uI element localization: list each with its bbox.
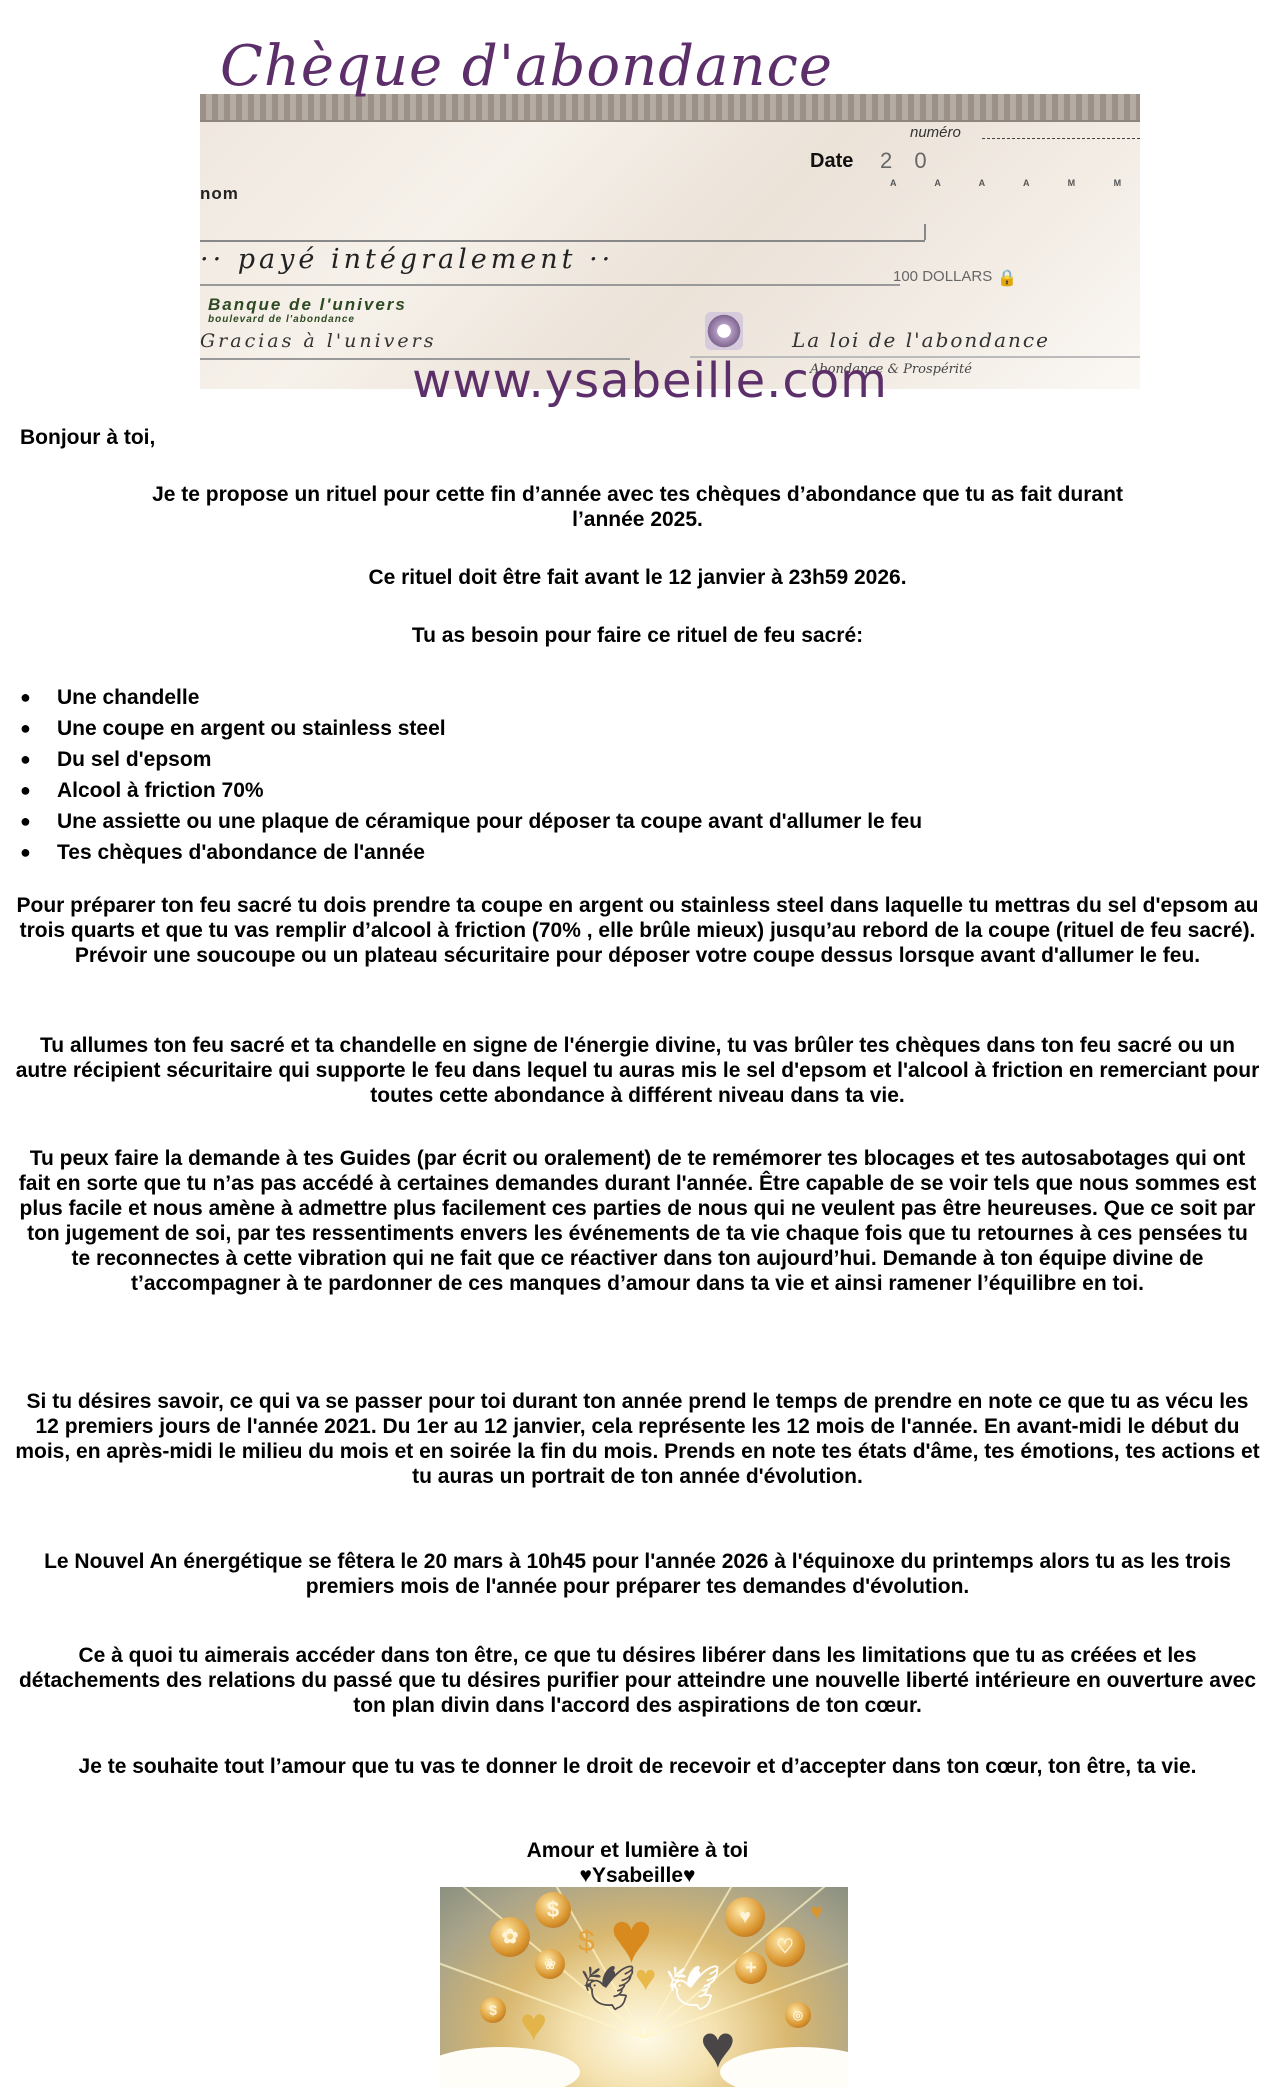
cheque-name-label: nom [200, 184, 239, 204]
cheque-signature-left: Gracias à l'univers [200, 330, 436, 352]
cheque-date-value: 2 0 [880, 148, 935, 174]
white-dove-icon: 🕊 [665, 1962, 721, 2014]
heart-icon: ♥ [810, 1899, 823, 1925]
list-item: ●Une chandelle [20, 682, 922, 713]
aspirations-paragraph: Ce à quoi tu aimerais accéder dans ton ê… [15, 1643, 1260, 1718]
glitter-heart-icon: ♥ [520, 1997, 547, 2051]
list-item: ●Alcool à friction 70% [20, 775, 922, 806]
dollar-coin-icon: $ [535, 1892, 571, 1928]
closing-line: Amour et lumière à toi [0, 1838, 1275, 1863]
wishes-paragraph: Je te souhaite tout l’amour que tu vas t… [15, 1754, 1260, 1779]
abundance-illustration: ✿ $ ❀ $ ♥ ♡ + ◎ ♥ ♥ ♥ ♥ ♥ $ 🕊 🕊 [440, 1887, 848, 2087]
coin-icon: $ [480, 1997, 506, 2023]
deadline-paragraph: Ce rituel doit être fait avant le 12 jan… [0, 565, 1275, 590]
materials-heading: Tu as besoin pour faire ce rituel de feu… [0, 623, 1275, 648]
cheque-number-line [982, 138, 1140, 139]
cloud [720, 2047, 848, 2087]
cheque-banner-image: Chèque d'abondance numéro Date 2 0 A A A… [200, 28, 1140, 413]
leaf-coin-icon: ✿ [490, 1917, 530, 1957]
bullet-icon: ● [20, 775, 57, 806]
cheque-bank-address: boulevard de l'abondance [208, 314, 355, 325]
cheque-title: Chèque d'abondance [220, 34, 1140, 99]
list-item: ●Du sel d'epsom [20, 744, 922, 775]
cheque-signature-right: La loi de l'abondance [792, 328, 1050, 352]
bullet-icon: ● [20, 837, 57, 868]
plus-coin-icon: + [735, 1952, 767, 1984]
cheque-paid-text: ·· payé intégralement ·· [200, 244, 614, 275]
first-days-paragraph: Si tu désires savoir, ce qui va se passe… [15, 1389, 1260, 1489]
guides-paragraph: Tu peux faire la demande à tes Guides (p… [15, 1146, 1260, 1296]
cheque-paid-line [200, 284, 900, 286]
cheque-date-format: A A A A M M [890, 178, 1139, 188]
heart-coin-icon: ♥ [725, 1897, 765, 1937]
plant-coin-icon: ❀ [535, 1949, 565, 1979]
burning-paragraph: Tu allumes ton feu sacré et ta chandelle… [15, 1033, 1260, 1108]
signature: ♥Ysabeille♥ [0, 1863, 1275, 1888]
lock-icon: 🔒 [997, 268, 1017, 288]
cheque-name-line-tick [924, 224, 926, 240]
bullet-icon: ● [20, 744, 57, 775]
glitter-heart-icon: ♥ [635, 1957, 656, 1999]
intro-paragraph: Je te propose un rituel pour cette fin d… [140, 482, 1135, 532]
bullet-icon: ● [20, 682, 57, 713]
bullet-icon: ● [20, 806, 57, 837]
dollar-sign-icon: $ [578, 1925, 595, 1959]
coin-icon: ◎ [785, 2002, 811, 2028]
cheque-emblem-icon [705, 312, 743, 350]
bullet-icon: ● [20, 713, 57, 744]
cheque-name-line [200, 240, 925, 242]
list-item: ●Tes chèques d'abondance de l'année [20, 837, 922, 868]
dark-dove-icon: 🕊 [580, 1962, 636, 2014]
preparation-paragraph: Pour préparer ton feu sacré tu dois pren… [15, 893, 1260, 968]
cheque-number-label: numéro [910, 124, 961, 141]
new-year-paragraph: Le Nouvel An énergétique se fêtera le 20… [15, 1549, 1260, 1599]
list-item: ●Une assiette ou une plaque de céramique… [20, 806, 922, 837]
materials-list: ●Une chandelle ●Une coupe en argent ou s… [20, 682, 922, 868]
greeting: Bonjour à toi, [20, 425, 1275, 450]
cloud [440, 2047, 580, 2087]
cheque-bank-name: Banque de l'univers [208, 295, 407, 315]
heart-coin-icon: ♡ [765, 1927, 805, 1967]
website-url: www.ysabeille.com [300, 353, 1000, 409]
cheque-amount: 100 DOLLARS [893, 268, 992, 285]
list-item: ●Une coupe en argent ou stainless steel [20, 713, 922, 744]
cheque-date-label: Date [810, 150, 853, 173]
